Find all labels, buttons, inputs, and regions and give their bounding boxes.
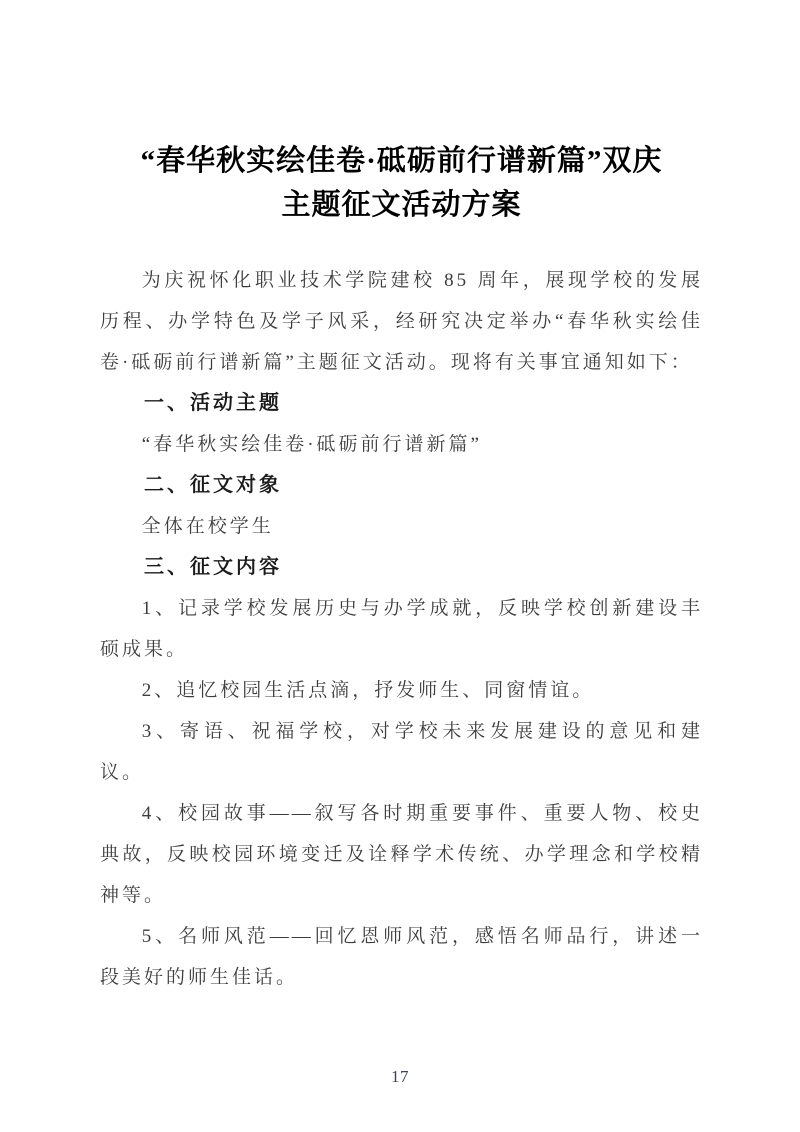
section-heading-activity-theme: 一、活动主题 (100, 383, 703, 424)
section-heading-essay-content: 三、征文内容 (100, 547, 703, 588)
document-page: “春华秋实绘佳卷·砥砺前行谱新篇”双庆 主题征文活动方案 为庆祝怀化职业技术学院… (0, 0, 800, 1132)
section-heading-essay-audience: 二、征文对象 (100, 465, 703, 506)
content-item-5: 5、名师风范——回忆恩师风范，感悟名师品行，讲述一段美好的师生佳话。 (100, 916, 703, 998)
section-activity-theme: 一、活动主题 “春华秋实绘佳卷·砥砺前行谱新篇” (100, 383, 703, 465)
content-item-2: 2、追忆校园生活点滴，抒发师生、同窗情谊。 (100, 670, 703, 711)
section-essay-content: 三、征文内容 1、记录学校发展历史与办学成就，反映学校创新建设丰硕成果。 2、追… (100, 547, 703, 998)
section-paragraph-theme-text: “春华秋实绘佳卷·砥砺前行谱新篇” (100, 424, 703, 465)
content-item-4: 4、校园故事——叙写各时期重要事件、重要人物、校史典故，反映校园环境变迁及诠释学… (100, 793, 703, 916)
document-body: 为庆祝怀化职业技术学院建校 85 周年，展现学校的发展历程、办学特色及学子风采，… (100, 260, 703, 998)
section-paragraph-audience-text: 全体在校学生 (100, 506, 703, 547)
document-title-line-2: 主题征文活动方案 (100, 183, 703, 227)
page-number: 17 (0, 1066, 800, 1088)
document-title-line-1: “春华秋实绘佳卷·砥砺前行谱新篇”双庆 (100, 139, 703, 183)
intro-paragraph: 为庆祝怀化职业技术学院建校 85 周年，展现学校的发展历程、办学特色及学子风采，… (100, 260, 703, 383)
section-essay-audience: 二、征文对象 全体在校学生 (100, 465, 703, 547)
content-item-1: 1、记录学校发展历史与办学成就，反映学校创新建设丰硕成果。 (100, 588, 703, 670)
content-item-3: 3、寄语、祝福学校，对学校未来发展建设的意见和建议。 (100, 711, 703, 793)
document-title: “春华秋实绘佳卷·砥砺前行谱新篇”双庆 主题征文活动方案 (100, 139, 703, 227)
